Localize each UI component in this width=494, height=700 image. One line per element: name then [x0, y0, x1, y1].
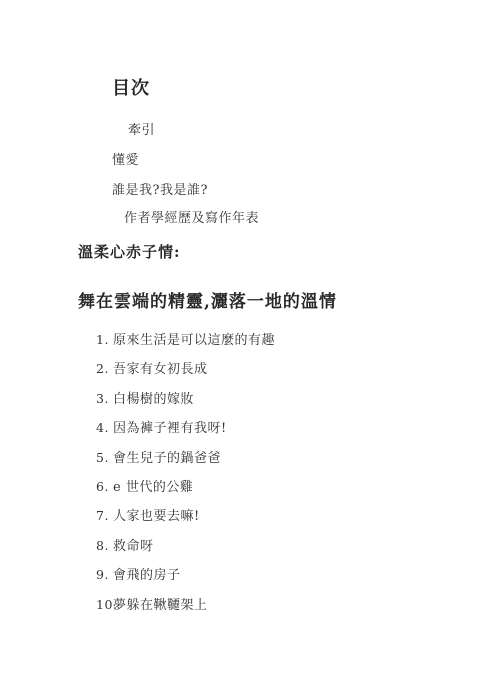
front-matter-item-1: 牽引	[128, 119, 155, 138]
chapter-item-number: 10.	[96, 597, 113, 612]
chapter-list-item: 2. 吾家有女初長成	[96, 358, 275, 387]
chapter-item-number: 9.	[96, 567, 113, 582]
chapter-list-item: 10. 夢躲在鞦韆架上	[96, 594, 275, 623]
front-matter-item-4: 作者學經歷及寫作年表	[124, 207, 259, 226]
chapter-item-title: e 世代的公雞	[113, 476, 193, 495]
chapter-item-number: 7.	[96, 508, 113, 523]
chapter-item-number: 4.	[96, 420, 113, 435]
chapter-item-number: 8.	[96, 538, 113, 553]
chapter-list-item: 7. 人家也要去嘛!	[96, 505, 275, 534]
front-matter-item-3: 誰是我?我是誰?	[112, 179, 208, 198]
chapter-list-item: 9. 會飛的房子	[96, 564, 275, 593]
chapter-list-item: 6. e 世代的公雞	[96, 476, 275, 505]
chapter-list-item: 1. 原來生活是可以這麼的有趣	[96, 329, 275, 358]
chapter-item-title: 原來生活是可以這麼的有趣	[113, 329, 275, 348]
chapter-item-title: 因為褲子裡有我呀!	[113, 417, 227, 436]
chapter-list: 1. 原來生活是可以這麼的有趣 2. 吾家有女初長成 3. 白楊樹的嫁妝 4. …	[96, 329, 275, 623]
chapter-item-title: 會飛的房子	[113, 564, 181, 583]
front-matter-item-2: 懂愛	[112, 149, 139, 168]
chapter-item-number: 5.	[96, 450, 113, 465]
chapter-item-number: 1.	[96, 332, 113, 347]
toc-title: 目次	[112, 74, 150, 100]
chapter-list-item: 8. 救命呀	[96, 535, 275, 564]
chapter-item-number: 6.	[96, 479, 113, 494]
chapter-list-item: 4. 因為褲子裡有我呀!	[96, 417, 275, 446]
document-page: 目次 牽引 懂愛 誰是我?我是誰? 作者學經歷及寫作年表 溫柔心赤子情: 舞在雲…	[0, 0, 494, 700]
chapter-item-title: 會生兒子的鍋爸爸	[113, 447, 221, 466]
chapter-item-title: 白楊樹的嫁妝	[113, 388, 194, 407]
chapter-item-title: 夢躲在鞦韆架上	[113, 594, 208, 613]
chapter-item-title: 吾家有女初長成	[113, 358, 208, 377]
chapter-item-number: 2.	[96, 361, 113, 376]
chapter-list-item: 5. 會生兒子的鍋爸爸	[96, 447, 275, 476]
chapter-item-title: 救命呀	[113, 535, 154, 554]
section-heading: 溫柔心赤子情:	[78, 241, 181, 262]
chapter-item-number: 3.	[96, 391, 113, 406]
chapter-list-item: 3. 白楊樹的嫁妝	[96, 388, 275, 417]
chapter-heading: 舞在雲端的精靈,灑落一地的溫情	[78, 287, 337, 312]
chapter-item-title: 人家也要去嘛!	[113, 505, 200, 524]
